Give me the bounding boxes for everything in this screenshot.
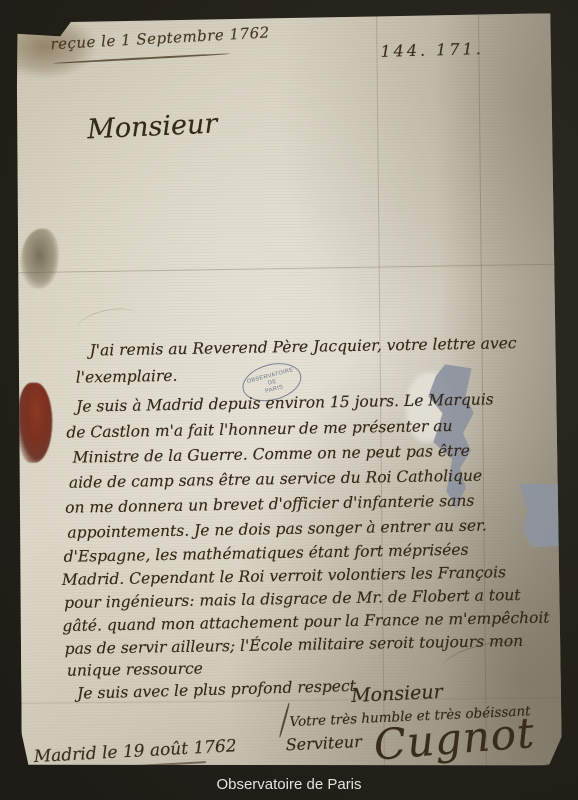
pencil-smudge <box>75 304 139 340</box>
photo-caption: Observatoire de Paris <box>0 776 578 793</box>
ink-blot-stain <box>20 228 59 288</box>
vertical-fold-line <box>376 15 385 767</box>
letter-line: d'Espagne, les mathématiques étant fort … <box>64 541 469 566</box>
photo-of-letter: reçue le 1 Septembre 1762 144. 171. OBSE… <box>0 0 578 800</box>
letter-line: de Castlon m'a fait l'honneur de me prés… <box>66 417 452 442</box>
letter-sheet: reçue le 1 Septembre 1762 144. 171. OBSE… <box>14 13 562 771</box>
wax-seal-remnant <box>18 382 53 462</box>
gray-repair-patch <box>517 483 564 547</box>
horizontal-fold-line <box>17 264 557 273</box>
stamp-line: PARIS <box>264 384 283 394</box>
letter-line: aide de camp sans être au service du Roi… <box>69 467 482 492</box>
letter-line: Madrid. Cependant le Roi verroit volonti… <box>62 563 506 589</box>
letter-line: gâté. quand mon attachement pour la Fran… <box>62 609 549 635</box>
letter-line: unique ressource <box>67 659 203 679</box>
salutation: Monsieur <box>87 108 218 145</box>
closing-address: Monsieur <box>351 681 443 707</box>
place-date: Madrid le 19 août 1762 <box>33 736 237 767</box>
closing-line: Serviteur <box>285 732 362 754</box>
folio-numbers: 144. 171. <box>380 39 484 61</box>
gray-repair-patch <box>422 364 502 509</box>
received-date-note: reçue le 1 Septembre 1762 <box>50 23 270 53</box>
letter-line: J'ai remis au Reverend Père Jacquier, vo… <box>89 334 516 359</box>
letter-line: Je suis à Madrid depuis environ 15 jours… <box>76 390 494 415</box>
letter-line: l'exemplaire. <box>76 367 178 387</box>
stamp-line: DE <box>267 378 277 386</box>
letter-line: appointements. Je ne dois pas songer à e… <box>67 516 487 541</box>
letter-line: on me donnera un brevet d'officier d'inf… <box>65 492 474 517</box>
letter-line: Ministre de la Guerre. Comme on ne peut … <box>73 442 471 467</box>
letter-line: pour ingénieurs: mais la disgrace de Mr.… <box>64 586 521 612</box>
note-underline <box>53 53 231 65</box>
